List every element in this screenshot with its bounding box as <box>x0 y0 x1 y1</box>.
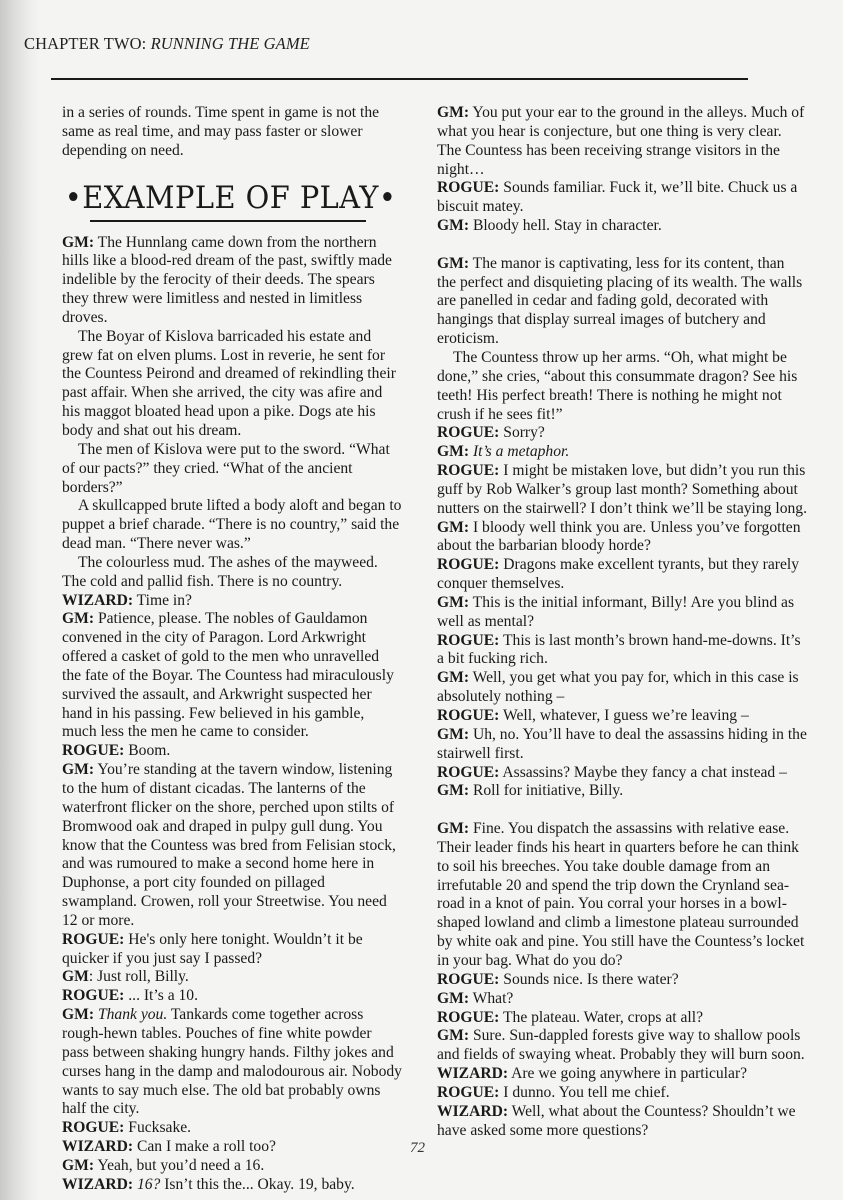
dialogue-line: GM: The Hunnlang came down from the nort… <box>62 234 402 328</box>
dialogue-line: ROGUE: The plateau. Water, crops at all? <box>437 1009 807 1028</box>
speaker-label: GM: <box>62 610 94 627</box>
dialogue-line: ROGUE: Fucksake. <box>62 1119 402 1138</box>
speaker-label: GM: <box>437 726 469 743</box>
line-text: Time in? <box>133 592 192 609</box>
dialogue-line: ROGUE: I might be mistaken love, but did… <box>437 462 807 519</box>
line-text: in a series of rounds. Time spent in gam… <box>62 104 379 159</box>
dialogue-line: GM: Well, you get what you pay for, whic… <box>437 669 807 707</box>
speaker-label: GM: <box>437 104 469 121</box>
speaker-label: GM <box>62 968 89 985</box>
speaker-label: GM: <box>437 669 469 686</box>
emphasis-text: Thank you. <box>94 1006 167 1023</box>
line-text: The plateau. Water, crops at all? <box>499 1009 703 1026</box>
speaker-label: GM: <box>437 782 469 799</box>
right-column: GM: You put your ear to the ground in th… <box>437 104 807 1140</box>
speaker-label: GM: <box>437 820 469 837</box>
dialogue-line: GM: Yeah, but you’d need a 16. <box>62 1157 402 1176</box>
speaker-label: GM: <box>62 1157 94 1174</box>
dialogue-line: ROGUE: This is last month’s brown hand-m… <box>437 632 807 670</box>
speaker-label: GM: <box>437 990 469 1007</box>
line-text: The men of Kislova were put to the sword… <box>62 441 390 496</box>
page-number: 72 <box>410 1140 425 1157</box>
line-text: A skullcapped brute lifted a body aloft … <box>62 497 401 552</box>
dialogue-line: GM: Uh, no. You’ll have to deal the assa… <box>437 726 807 764</box>
line-text: Uh, no. You’ll have to deal the assassin… <box>437 726 807 762</box>
speaker-label: ROGUE: <box>437 556 499 573</box>
line-text: Boom. <box>124 742 170 759</box>
line-text: Can I make a roll too? <box>133 1138 276 1155</box>
line-text: The colourless mud. The ashes of the may… <box>62 554 378 590</box>
dialogue-line: ROGUE: Sorry? <box>437 424 807 443</box>
heading-underline <box>90 220 366 222</box>
speaker-label: WIZARD: <box>62 1176 133 1193</box>
speaker-label: GM: <box>62 761 94 778</box>
line-text: I dunno. You tell me chief. <box>499 1084 669 1101</box>
dialogue-line: GM: Fine. You dispatch the assassins wit… <box>437 820 807 971</box>
dialogue-line: ROGUE: Well, whatever, I guess we’re lea… <box>437 707 807 726</box>
dialogue-line: ROGUE: Assassins? Maybe they fancy a cha… <box>437 764 807 783</box>
speaker-label: ROGUE: <box>437 1084 499 1101</box>
line-text: Sounds nice. Is there water? <box>499 971 678 988</box>
line-text: What? <box>469 990 513 1007</box>
speaker-label: GM: <box>437 443 469 460</box>
line-text: The manor is captivating, less for its c… <box>437 255 802 347</box>
dialogue-line: ROGUE: Dragons make excellent tyrants, b… <box>437 556 807 594</box>
dialogue-line: WIZARD: Well, what about the Countess? S… <box>437 1103 807 1141</box>
speaker-label: WIZARD: <box>62 1138 133 1155</box>
dialogue-line: GM: I bloody well think you are. Unless … <box>437 519 807 557</box>
line-text: Well, whatever, I guess we’re leaving – <box>499 707 748 724</box>
speaker-label: ROGUE: <box>437 632 499 649</box>
chapter-title: RUNNING THE GAME <box>151 34 310 53</box>
narrative-paragraph: The colourless mud. The ashes of the may… <box>62 554 402 592</box>
dialogue-line: ROGUE: Sounds nice. Is there water? <box>437 971 807 990</box>
speaker-label: GM: <box>62 1006 94 1023</box>
line-text: Are we going anywhere in particular? <box>508 1065 747 1082</box>
speaker-label: GM: <box>437 1027 469 1044</box>
line-text: Fucksake. <box>124 1119 191 1136</box>
running-head: CHAPTER TWO: RUNNING THE GAME <box>24 34 310 54</box>
dialogue-line: GM: Sure. Sun-dappled forests give way t… <box>437 1027 807 1065</box>
speaker-label: ROGUE: <box>437 764 499 781</box>
dialogue-line: ROGUE: Boom. <box>62 742 402 761</box>
narrative-paragraph: A skullcapped brute lifted a body aloft … <box>62 497 402 554</box>
speaker-label: GM: <box>437 519 469 536</box>
dialogue-line: GM: Thank you. Tankards come together ac… <box>62 1006 402 1119</box>
line-text: You’re standing at the tavern window, li… <box>62 761 396 929</box>
line-text: Assassins? Maybe they fancy a chat inste… <box>499 764 787 781</box>
chapter-label: CHAPTER TWO: <box>24 34 151 53</box>
line-text: Bloody hell. Stay in character. <box>469 217 662 234</box>
speaker-label: ROGUE: <box>437 971 499 988</box>
dialogue-line: ROGUE: Sounds familiar. Fuck it, we’ll b… <box>437 179 807 217</box>
speaker-label: ROGUE: <box>437 462 499 479</box>
line-text: Yeah, but you’d need a 16. <box>94 1157 264 1174</box>
line-text: The Hunnlang came down from the northern… <box>62 234 392 326</box>
section-heading: •EXAMPLE OF PLAY• <box>62 181 378 215</box>
dialogue-line: GM: You’re standing at the tavern window… <box>62 761 402 931</box>
dialogue-line: GM: Patience, please. The nobles of Gaul… <box>62 610 402 742</box>
left-column: in a series of rounds. Time spent in gam… <box>62 104 402 1195</box>
line-text: This is the initial informant, Billy! Ar… <box>437 594 794 630</box>
dialogue-line: WIZARD: Time in? <box>62 592 402 611</box>
speaker-label: WIZARD: <box>62 592 133 609</box>
speaker-label: GM: <box>62 234 94 251</box>
speaker-label: ROGUE: <box>437 1009 499 1026</box>
dialogue-line: GM: It’s a metaphor. <box>437 443 807 462</box>
emphasis-text: 16? <box>133 1176 160 1193</box>
page-gutter-shadow <box>0 0 40 1200</box>
dialogue-line: WIZARD: Are we going anywhere in particu… <box>437 1065 807 1084</box>
dialogue-line: WIZARD: Can I make a roll too? <box>62 1138 402 1157</box>
header-rule <box>51 78 748 80</box>
speaker-label: GM: <box>437 255 469 272</box>
speaker-label: WIZARD: <box>437 1103 508 1120</box>
dialogue-line: GM: What? <box>437 990 807 1009</box>
line-text: I bloody well think you are. Unless you’… <box>437 519 801 555</box>
dialogue-line: GM: The manor is captivating, less for i… <box>437 255 807 349</box>
dialogue-line: ROGUE: I dunno. You tell me chief. <box>437 1084 807 1103</box>
line-text: Sorry? <box>499 424 544 441</box>
narrative-paragraph: The men of Kislova were put to the sword… <box>62 441 402 498</box>
dialogue-line: ROGUE: ... It’s a 10. <box>62 987 402 1006</box>
speaker-label: ROGUE: <box>62 931 124 948</box>
line-text: Well, you get what you pay for, which in… <box>437 669 799 705</box>
speaker-label: ROGUE: <box>437 707 499 724</box>
speaker-label: WIZARD: <box>437 1065 508 1082</box>
line-text: You put your ear to the ground in the al… <box>437 104 804 178</box>
body-paragraph: in a series of rounds. Time spent in gam… <box>62 104 402 161</box>
line-text: Sure. Sun-dappled forests give way to sh… <box>437 1027 805 1063</box>
line-text: Fine. You dispatch the assassins with re… <box>437 820 804 969</box>
emphasis-text: It’s a metaphor. <box>469 443 569 460</box>
speaker-label: ROGUE: <box>62 742 124 759</box>
speaker-label: GM: <box>437 594 469 611</box>
line-text: Isn’t this the... Okay. 19, baby. <box>160 1176 354 1193</box>
dialogue-line: ROGUE: He's only here tonight. Wouldn’t … <box>62 931 402 969</box>
narrative-paragraph: The Countess throw up her arms. “Oh, wha… <box>437 349 807 424</box>
speaker-label: ROGUE: <box>62 987 124 1004</box>
line-text: The Countess throw up her arms. “Oh, wha… <box>437 349 797 423</box>
dialogue-line: GM: Just roll, Billy. <box>62 968 402 987</box>
dialogue-line: GM: Roll for initiative, Billy. <box>437 782 807 801</box>
line-text: Patience, please. The nobles of Gauldamo… <box>62 610 394 740</box>
dialogue-line: GM: You put your ear to the ground in th… <box>437 104 807 179</box>
line-text: ... It’s a 10. <box>124 987 198 1004</box>
dialogue-line: GM: This is the initial informant, Billy… <box>437 594 807 632</box>
speaker-label: ROGUE: <box>437 424 499 441</box>
line-text: The Boyar of Kislova barricaded his esta… <box>62 328 396 439</box>
dialogue-line: GM: Bloody hell. Stay in character. <box>437 217 807 236</box>
line-text: : Just roll, Billy. <box>89 968 189 985</box>
speaker-label: GM: <box>437 217 469 234</box>
line-text: Roll for initiative, Billy. <box>469 782 623 799</box>
dialogue-line: WIZARD: 16? Isn’t this the... Okay. 19, … <box>62 1176 402 1195</box>
narrative-paragraph: The Boyar of Kislova barricaded his esta… <box>62 328 402 441</box>
speaker-label: ROGUE: <box>437 179 499 196</box>
speaker-label: ROGUE: <box>62 1119 124 1136</box>
